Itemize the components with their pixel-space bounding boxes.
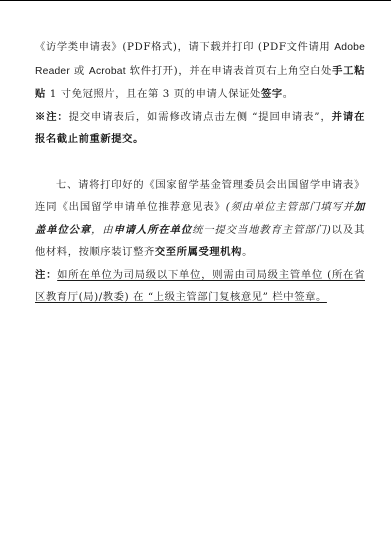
paragraph-spacer [35,151,365,174]
note-label: ※注： [35,111,69,123]
text: 。 [283,88,294,100]
emphasis-applicant-unit: 申请人所在单位 [114,224,193,236]
text-italic: ，由 [91,224,113,236]
top-border-line [0,0,391,1]
paragraph-supervisor-note: 注：如所在单位为司局级以下单位，则需由司局级主管单位 (所在省区教育厅(局)/教… [35,264,365,309]
text-italic: (须由单位主管部门填写并 [226,201,354,213]
paragraph-resubmit-note: ※注：提交申请表后，如需修改请点击左侧 “提回申请表”，并请在报名截止前重新提交… [35,106,365,151]
emphasis-submit-agency: 交至所属受理机构 [155,246,242,258]
paragraph-section-seven: 七、请将打印好的《国家留学基金管理委员会出国留学申请表》连同《出国留学申请单位推… [35,174,365,264]
text-italic: 统一提交当地教育主管部门) [192,224,331,236]
text: 《访学类申请表》(PDF格式)，请下载并打印 (PDF文件请用 [35,41,334,53]
note-label: 注： [35,269,57,281]
text: 。 [242,246,253,258]
emphasis-signature: 签字 [261,88,283,100]
underlined-note-text: 如所在单位为司局级以下单位，则需由司局级主管单位 (所在省区教育厅(局)/教委)… [35,269,365,304]
text: 软件打开)，并在申请表首页右上角空白处 [126,65,332,77]
text: 或 [70,65,89,77]
text: 提交申请表后，如需修改请点击左侧 “提回申请表”， [69,111,332,123]
paragraph-print-instructions: 《访学类申请表》(PDF格式)，请下载并打印 (PDF文件请用 Adobe Re… [35,36,365,106]
document-page: 《访学类申请表》(PDF格式)，请下载并打印 (PDF文件请用 Adobe Re… [35,36,365,309]
text: 1 寸免冠照片，且在第 3 页的申请人保证处 [46,88,261,100]
text-acrobat: Acrobat [89,66,126,77]
